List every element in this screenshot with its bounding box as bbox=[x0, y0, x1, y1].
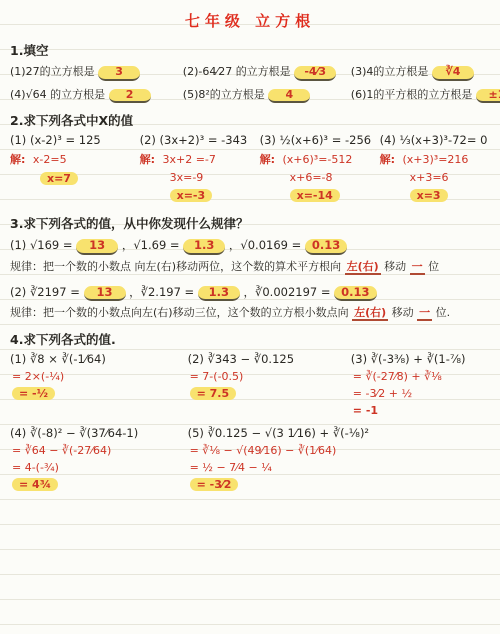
solution-step: = 7-(-0.5) bbox=[190, 370, 351, 383]
problem-statement: (4) ⅓(x+3)³-72= 0 bbox=[380, 133, 490, 147]
problem-number: (2) bbox=[140, 133, 156, 147]
equation: ½(x+6)³ = -256 bbox=[280, 133, 372, 147]
fill-blank-grid: (1)27的立方根是 3 (2)-64⁄27 的立方根是 -4⁄3 (3)4的立… bbox=[10, 63, 490, 103]
answer-blank: 13 bbox=[76, 239, 118, 254]
problem-2-4: (4) ⅓(x+3)³-72= 0 解: (x+3)³=216 x+3=6 x=… bbox=[380, 133, 490, 202]
pattern-row-1: (1) √169 = 13 ，√1.69 = 1.3 ，√0.0169 = 0.… bbox=[10, 237, 490, 254]
item-number: (3) bbox=[351, 65, 367, 78]
question-text: 4的立方根是 bbox=[366, 65, 428, 78]
fill-blank-item-1: (1)27的立方根是 3 bbox=[10, 63, 183, 81]
final-answer: x=-14 bbox=[290, 189, 340, 202]
answer-blank: 13 bbox=[84, 286, 126, 301]
final-answer-row: x=-3 bbox=[170, 189, 260, 202]
solution-step: x-2=5 bbox=[33, 153, 67, 166]
item-number: (2) bbox=[10, 285, 26, 299]
problem-number: (2) bbox=[188, 352, 204, 366]
worksheet-page: 七年级 立方根 1.填空 (1)27的立方根是 3 (2)-64⁄27 的立方根… bbox=[0, 0, 500, 634]
item-number: (5) bbox=[183, 88, 199, 101]
final-answer-row: x=-14 bbox=[290, 189, 380, 202]
problem-2-1: (1) (x-2)³ = 125 解: x-2=5 x=7 bbox=[10, 133, 140, 202]
final-answer: = -½ bbox=[12, 387, 55, 400]
rule-answer-count: 一 bbox=[417, 306, 432, 321]
page-title: 七年级 立方根 bbox=[10, 10, 490, 31]
solution-step: x+6=-8 bbox=[290, 171, 380, 184]
expression: ，√0.0169 = bbox=[229, 238, 301, 252]
expression: √169 = bbox=[30, 238, 73, 252]
equation: (x-2)³ = 125 bbox=[30, 133, 101, 147]
answer-blank: ±1 bbox=[476, 89, 500, 104]
expression: ∛(-8)² − ∛(37⁄64-1) bbox=[30, 426, 138, 440]
solution-step: = -3⁄2 + ½ bbox=[353, 387, 490, 400]
answer-blank: 2 bbox=[109, 89, 151, 104]
solution-step: (x+3)³=216 bbox=[403, 153, 469, 166]
answer-blank: 4 bbox=[268, 89, 310, 104]
solve-label: 解: bbox=[10, 153, 25, 166]
solution-step: = ∛(-27⁄8) + ∛⅛ bbox=[353, 370, 490, 383]
rule-text: 规律：把一个数的小数点向左(右)移动三位，这个数的立方根小数点向 bbox=[10, 306, 349, 319]
solution-line: 解: (x+3)³=216 bbox=[380, 151, 490, 167]
item-number: (1) bbox=[10, 238, 26, 252]
evaluate-row-1: (1) ∛8 × ∛(-1⁄64) = 2×(-¼) = -½ (2) ∛343… bbox=[10, 352, 490, 417]
section-3-heading: 3.求下列各式的值，从中你发现什么规律？ bbox=[10, 214, 490, 232]
pattern-rule-1: 规律：把一个数的小数点 向左(右)移动两位，这个数的算术平方根向 左(右) 移动… bbox=[10, 258, 490, 274]
problem-statement: (2) ∛343 − ∛0.125 bbox=[188, 352, 351, 366]
question-text: -64⁄27 的立方根是 bbox=[198, 65, 290, 78]
rule-answer-direction: 左(右) bbox=[345, 260, 381, 275]
question-text: 8²的立方根是 bbox=[198, 88, 264, 101]
rule-text: 位. bbox=[436, 306, 451, 319]
item-number: (2) bbox=[183, 65, 199, 78]
problem-statement: (1) ∛8 × ∛(-1⁄64) bbox=[10, 352, 188, 366]
problem-statement: (3) ∛(-3⅜) + ∛(1-⅞) bbox=[351, 352, 490, 366]
final-answer: x=-3 bbox=[170, 189, 213, 202]
problem-number: (5) bbox=[188, 426, 204, 440]
problem-4-1: (1) ∛8 × ∛(-1⁄64) = 2×(-¼) = -½ bbox=[10, 352, 188, 417]
pattern-row-2: (2) ∛2197 = 13 ，∛2.197 = 1.3 ，∛0.002197 … bbox=[10, 284, 490, 301]
section-2-heading: 2.求下列各式中X的值 bbox=[10, 111, 490, 129]
final-answer-row: = 7.5 bbox=[190, 387, 351, 400]
problem-4-3: (3) ∛(-3⅜) + ∛(1-⅞) = ∛(-27⁄8) + ∛⅛ = -3… bbox=[351, 352, 490, 417]
final-answer-row: x=3 bbox=[410, 189, 490, 202]
problem-number: (4) bbox=[380, 133, 396, 147]
final-answer: x=3 bbox=[410, 189, 448, 202]
answer-blank: 0.13 bbox=[305, 239, 347, 254]
problem-number: (3) bbox=[260, 133, 276, 147]
solution-step: x+3=6 bbox=[410, 171, 490, 184]
problem-2-2: (2) (3x+2)³ = -343 解: 3x+2 =-7 3x=-9 x=-… bbox=[140, 133, 260, 202]
solve-label: 解: bbox=[140, 153, 155, 166]
final-answer-row: = -3⁄2 bbox=[190, 478, 490, 491]
solution-step: = ∛⅛ − √(49⁄16) − ∛(1⁄64) bbox=[190, 444, 490, 457]
expression: ，√1.69 = bbox=[122, 238, 180, 252]
equation: ⅓(x+3)³-72= 0 bbox=[400, 133, 488, 147]
problem-4-4: (4) ∛(-8)² − ∛(37⁄64-1) = ∛64 − ∛(-27⁄64… bbox=[10, 426, 188, 491]
answer-blank: 3 bbox=[98, 66, 140, 81]
rule-text: 移动 bbox=[392, 306, 414, 319]
section-1: 1.填空 (1)27的立方根是 3 (2)-64⁄27 的立方根是 -4⁄3 (… bbox=[10, 41, 490, 103]
item-number: (4) bbox=[10, 88, 26, 101]
problem-statement: (3) ½(x+6)³ = -256 bbox=[260, 133, 380, 147]
problem-number: (3) bbox=[351, 352, 367, 366]
problem-statement: (1) (x-2)³ = 125 bbox=[10, 133, 140, 147]
rule-text: 规律：把一个数的小数点 向左(右)移动两位，这个数的算术平方根向 bbox=[10, 260, 341, 273]
evaluate-row-2: (4) ∛(-8)² − ∛(37⁄64-1) = ∛64 − ∛(-27⁄64… bbox=[10, 426, 490, 491]
fill-blank-item-2: (2)-64⁄27 的立方根是 -4⁄3 bbox=[183, 63, 351, 81]
question-text: 27的立方根是 bbox=[26, 65, 95, 78]
expression: ∛(-3⅜) + ∛(1-⅞) bbox=[371, 352, 466, 366]
question-text: √64 的立方根是 bbox=[26, 88, 106, 101]
final-answer-row: = -½ bbox=[12, 387, 188, 400]
answer-blank: 1.3 bbox=[198, 286, 240, 301]
solution-step: (x+6)³=-512 bbox=[283, 153, 353, 166]
solution-line: 解: x-2=5 bbox=[10, 151, 140, 167]
pattern-rule-2: 规律：把一个数的小数点向左(右)移动三位，这个数的立方根小数点向 左(右) 移动… bbox=[10, 304, 490, 320]
problem-2-3: (3) ½(x+6)³ = -256 解: (x+6)³=-512 x+6=-8… bbox=[260, 133, 380, 202]
final-answer-row: = 4¾ bbox=[12, 478, 188, 491]
section-2: 2.求下列各式中X的值 (1) (x-2)³ = 125 解: x-2=5 x=… bbox=[10, 111, 490, 202]
solution-step: = 2×(-¼) bbox=[12, 370, 188, 383]
section-4: 4.求下列各式的值. (1) ∛8 × ∛(-1⁄64) = 2×(-¼) = … bbox=[10, 330, 490, 491]
expression: ，∛0.002197 = bbox=[244, 285, 331, 299]
problem-statement: (2) (3x+2)³ = -343 bbox=[140, 133, 260, 147]
fill-blank-item-6: (6)1的平方根的立方根是 ±1 bbox=[351, 86, 490, 104]
final-answer-row: x=7 bbox=[40, 172, 140, 185]
equation: (3x+2)³ = -343 bbox=[160, 133, 248, 147]
problem-4-5: (5) ∛0.125 − √(3 1⁄16) + ∛(-⅛)² = ∛⅛ − √… bbox=[188, 426, 490, 491]
final-answer: = 7.5 bbox=[190, 387, 237, 400]
solution-step: 3x=-9 bbox=[170, 171, 260, 184]
problem-4-2: (2) ∛343 − ∛0.125 = 7-(-0.5) = 7.5 bbox=[188, 352, 351, 417]
answer-blank: 0.13 bbox=[334, 286, 376, 301]
solution-step: = 4-(-¾) bbox=[12, 461, 188, 474]
final-answer: = -3⁄2 bbox=[190, 478, 239, 491]
solution-step: 3x+2 =-7 bbox=[163, 153, 216, 166]
answer-blank: 1.3 bbox=[183, 239, 225, 254]
final-answer: x=7 bbox=[40, 172, 78, 185]
answer-blank: -4⁄3 bbox=[294, 66, 336, 81]
solution-step: = ½ − 7⁄4 − ¼ bbox=[190, 461, 490, 474]
final-answer: = 4¾ bbox=[12, 478, 58, 491]
rule-text: 移动 bbox=[384, 260, 406, 273]
problem-number: (4) bbox=[10, 426, 26, 440]
section-1-heading: 1.填空 bbox=[10, 41, 490, 59]
rule-answer-direction: 左(右) bbox=[352, 306, 388, 321]
item-number: (1) bbox=[10, 65, 26, 78]
answer-blank: ∛4 bbox=[432, 66, 474, 81]
solution-line: 解: 3x+2 =-7 bbox=[140, 151, 260, 167]
expression: ∛343 − ∛0.125 bbox=[208, 352, 294, 366]
fill-blank-item-4: (4)√64 的立方根是 2 bbox=[10, 86, 183, 104]
problem-statement: (5) ∛0.125 − √(3 1⁄16) + ∛(-⅛)² bbox=[188, 426, 490, 440]
final-answer: = -1 bbox=[353, 404, 490, 417]
solution-line: 解: (x+6)³=-512 bbox=[260, 151, 380, 167]
expression: ∛8 × ∛(-1⁄64) bbox=[30, 352, 106, 366]
question-text: 1的平方根的立方根是 bbox=[366, 88, 472, 101]
solve-label: 解: bbox=[260, 153, 275, 166]
item-number: (6) bbox=[351, 88, 367, 101]
solve-label: 解: bbox=[380, 153, 395, 166]
problem-number: (1) bbox=[10, 352, 26, 366]
problem-statement: (4) ∛(-8)² − ∛(37⁄64-1) bbox=[10, 426, 188, 440]
solution-step: = ∛64 − ∛(-27⁄64) bbox=[12, 444, 188, 457]
rule-text: 位 bbox=[428, 260, 439, 273]
section-3: 3.求下列各式的值，从中你发现什么规律？ (1) √169 = 13 ，√1.6… bbox=[10, 214, 490, 319]
expression: ，∛2.197 = bbox=[129, 285, 194, 299]
rule-answer-count: 一 bbox=[410, 260, 425, 275]
fill-blank-item-5: (5)8²的立方根是 4 bbox=[183, 86, 351, 104]
expression: ∛0.125 − √(3 1⁄16) + ∛(-⅛)² bbox=[208, 426, 370, 440]
expression: ∛2197 = bbox=[30, 285, 80, 299]
fill-blank-item-3: (3)4的立方根是 ∛4 bbox=[351, 63, 490, 81]
problem-number: (1) bbox=[10, 133, 26, 147]
section-4-heading: 4.求下列各式的值. bbox=[10, 330, 490, 348]
solve-x-grid: (1) (x-2)³ = 125 解: x-2=5 x=7 (2) (3x+2)… bbox=[10, 133, 490, 202]
